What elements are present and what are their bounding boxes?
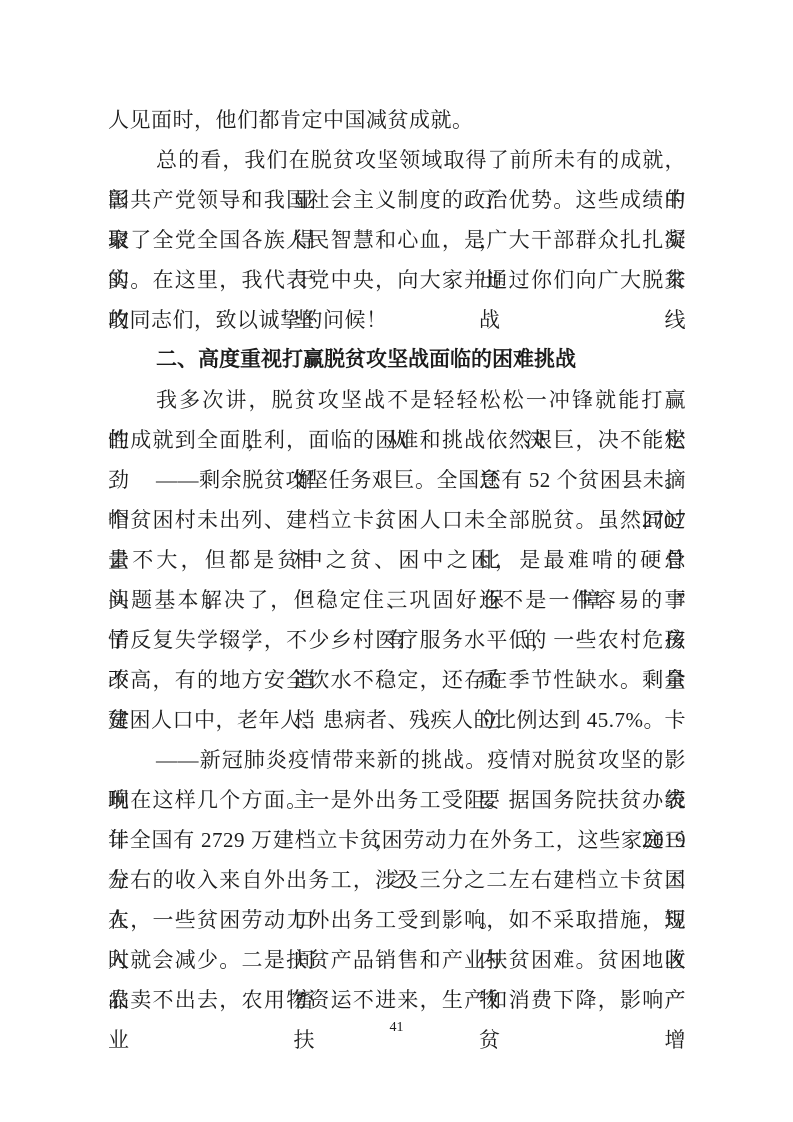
text-line: 量不大，但都是贫中之贫、困中之困，是最难啃的硬骨头。“三保障” bbox=[108, 540, 686, 580]
document-page: 人见面时，他们都肯定中国减贫成就。 总的看，我们在脱贫攻坚领域取得了前所未有的成… bbox=[0, 0, 793, 1122]
text-line: 品卖不出去，农用物资运不进来，生产和消费下降，影响产业扶贫增 bbox=[108, 980, 686, 1020]
text-line: 子反复失学辍学，不少乡村医疗服务水平低，一些农村危房改造质量 bbox=[108, 620, 686, 660]
text-line: 个贫困村未出列、建档立卡贫困人口未全部脱贫。虽然同过去相比总 bbox=[108, 500, 686, 540]
text-line: ——新冠肺炎疫情带来新的挑战。疫情对脱贫攻坚的影响主要表 bbox=[108, 740, 686, 780]
section-heading: 二、高度重视打赢脱贫攻坚战面临的困难挑战 bbox=[108, 340, 686, 380]
text-line: 现在这样几个方面。一是外出务工受阻。据国务院扶贫办统计，2019 bbox=[108, 780, 686, 820]
text-line: 左右的收入来自外出务工，涉及三分之二左右建档立卡贫困人口。现 bbox=[108, 860, 686, 900]
text-line: 的。在这里，我代表党中央，向大家并通过你们向广大脱贫攻坚战线 bbox=[108, 260, 686, 300]
text-line: 贫困人口中，老年人、患病者、残疾人的比例达到 45.7%。 bbox=[108, 700, 686, 740]
page-number: 41 bbox=[0, 1018, 793, 1038]
text-line: 总的看，我们在脱贫攻坚领域取得了前所未有的成就，彰显了中 bbox=[108, 140, 686, 180]
text-line: 入就会减少。二是扶贫产品销售和产业扶贫困难。贫困地区农畜牧产 bbox=[108, 940, 686, 980]
text-line: 问题基本解决了，但稳定住、巩固好还不是一件容易的事情，有的孩 bbox=[108, 580, 686, 620]
text-line: 性成就到全面胜利，面临的困难和挑战依然艰巨，决不能松劲懈怠。 bbox=[108, 420, 686, 460]
text-line: 我多次讲，脱贫攻坚战不是轻轻松松一冲锋就能打赢的，从决定 bbox=[108, 380, 686, 420]
text-block: 人见面时，他们都肯定中国减贫成就。 总的看，我们在脱贫攻坚领域取得了前所未有的成… bbox=[108, 100, 686, 1020]
text-line: 年全国有 2729 万建档立卡贫困劳动力在外务工，这些家庭三分之二 bbox=[108, 820, 686, 860]
text-line: 不高，有的地方安全饮水不稳定，还存在季节性缺水。剩余建档立卡 bbox=[108, 660, 686, 700]
text-line: 人见面时，他们都肯定中国减贫成就。 bbox=[108, 100, 686, 140]
text-line: 聚了全党全国各族人民智慧和心血，是广大干部群众扎扎实实干出来 bbox=[108, 220, 686, 260]
text-line: 国共产党领导和我国社会主义制度的政治优势。这些成绩的取得，凝 bbox=[108, 180, 686, 220]
text-line: ——剩余脱贫攻坚任务艰巨。全国还有 52 个贫困县未摘帽、2707 bbox=[108, 460, 686, 500]
text-line: 在，一些贫困劳动力外出务工受到影响，如不采取措施，短时间内收 bbox=[108, 900, 686, 940]
